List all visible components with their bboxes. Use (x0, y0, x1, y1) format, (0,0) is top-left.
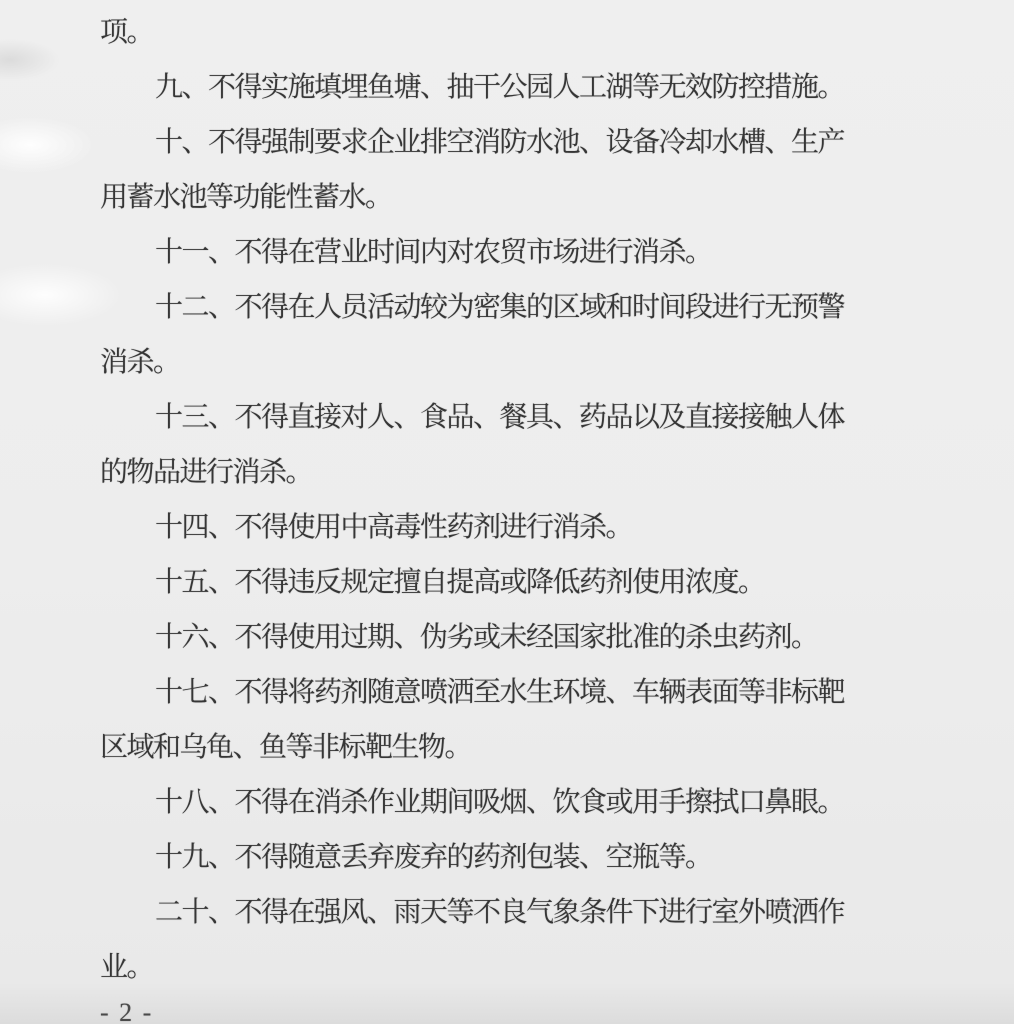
document-line: 十七、不得将药剂随意喷洒至水生环境、车辆表面等非标靶 (100, 662, 924, 717)
document-line: 消杀。 (100, 332, 924, 387)
document-line: 的物品进行消杀。 (100, 442, 924, 497)
document-line: 十六、不得使用过期、伪劣或未经国家批准的杀虫药剂。 (100, 607, 924, 662)
document-line: 十一、不得在营业时间内对农贸市场进行消杀。 (100, 222, 924, 277)
document-line: 九、不得实施填埋鱼塘、抽干公园人工湖等无效防控措施。 (100, 57, 924, 112)
document-line: 十、不得强制要求企业排空消防水池、设备冷却水槽、生产 (100, 112, 924, 167)
document-line: 十五、不得违反规定擅自提高或降低药剂使用浓度。 (100, 552, 924, 607)
document-line: 十三、不得直接对人、食品、餐具、药品以及直接接触人体 (100, 387, 924, 442)
document-line: 二十、不得在强风、雨天等不良气象条件下进行室外喷洒作 (100, 882, 924, 937)
document-line: 用蓄水池等功能性蓄水。 (100, 167, 924, 222)
document-line: 区域和乌龟、鱼等非标靶生物。 (100, 717, 924, 772)
document-line: 项。 (100, 2, 924, 57)
document-line: 十九、不得随意丢弃废弃的药剂包装、空瓶等。 (100, 827, 924, 882)
document-line: 业。 (100, 937, 924, 992)
page-number: - 2 - (100, 998, 153, 1024)
document-line: 十四、不得使用中高毒性药剂进行消杀。 (100, 497, 924, 552)
document-line: 十二、不得在人员活动较为密集的区域和时间段进行无预警 (100, 277, 924, 332)
document-body: 项。九、不得实施填埋鱼塘、抽干公园人工湖等无效防控措施。十、不得强制要求企业排空… (0, 2, 1014, 992)
document-line: 十八、不得在消杀作业期间吸烟、饮食或用手擦拭口鼻眼。 (100, 772, 924, 827)
scanned-document-page: 项。九、不得实施填埋鱼塘、抽干公园人工湖等无效防控措施。十、不得强制要求企业排空… (0, 0, 1014, 1024)
